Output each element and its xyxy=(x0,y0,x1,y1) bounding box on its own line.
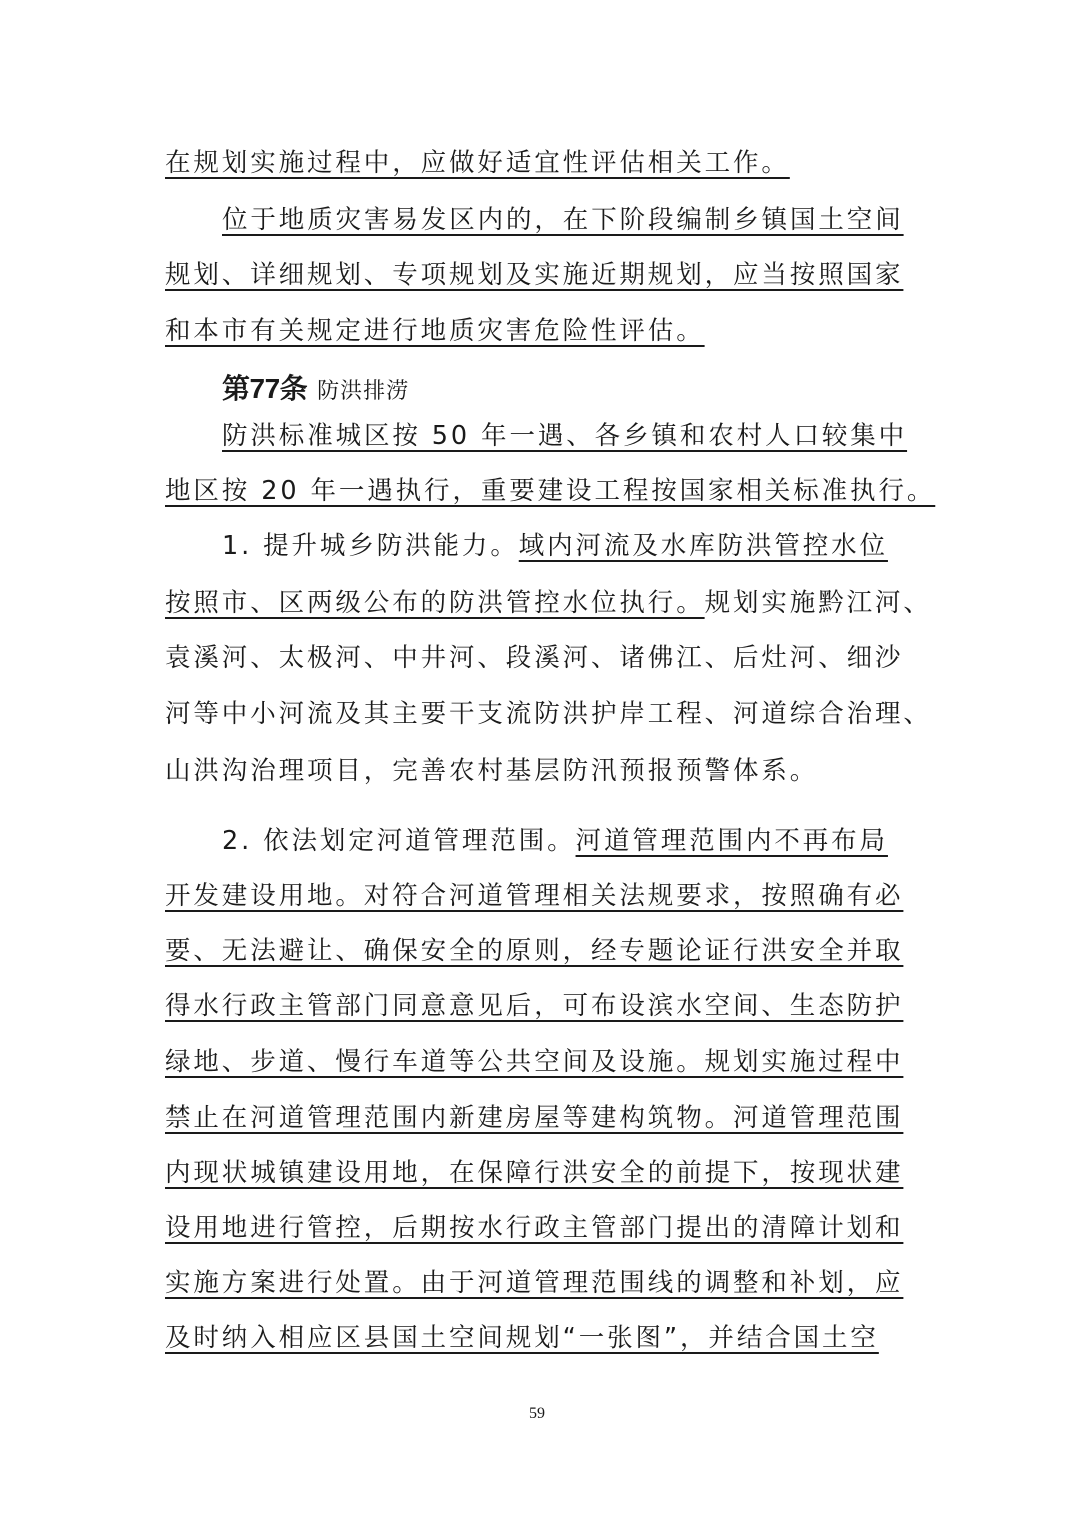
text-line: 内现状城镇建设用地，在保障行洪安全的前提下，按现状建 xyxy=(165,1158,903,1188)
text-line: 山洪沟治理项目，完善农村基层防汛预报预警体系。 xyxy=(165,756,818,786)
underlined-text: 要、无法避让、确保安全的原则，经专题论证行洪安全并取 xyxy=(165,936,903,966)
text-line: 河等中小河流及其主要干支流防洪护岸工程、河道综合治理、 xyxy=(165,699,932,729)
plain-text: 袁溪河、太极河、中井河、段溪河、诸佛江、后灶河、细沙 xyxy=(165,643,903,673)
underlined-text: 域内河流及水库防洪管控水位 xyxy=(519,531,888,561)
plain-text: 河等中小河流及其主要干支流防洪护岸工程、河道综合治理、 xyxy=(165,699,932,729)
underlined-text: 禁止在河道管理范围内新建房屋等建构筑物。河道管理范围 xyxy=(165,1103,903,1133)
text-line: 禁止在河道管理范围内新建房屋等建构筑物。河道管理范围 xyxy=(165,1103,903,1133)
underlined-text: 地区按 20 年一遇执行，重要建设工程按国家相关标准执行。 xyxy=(165,476,935,506)
text-line: 要、无法避让、确保安全的原则，经专题论证行洪安全并取 xyxy=(165,936,903,966)
text-line: 实施方案进行处置。由于河道管理范围线的调整和补划，应 xyxy=(165,1268,903,1298)
page-number: 59 xyxy=(0,1405,1074,1423)
underlined-text: 位于地质灾害易发区内的，在下阶段编制乡镇国土空间 xyxy=(222,205,904,235)
text-line: 按照市、区两级公布的防洪管控水位执行。规划实施黔江河、 xyxy=(165,588,932,618)
text-line: 规划、详细规划、专项规划及实施近期规划，应当按照国家 xyxy=(165,260,903,290)
text-line: 1. 提升城乡防洪能力。域内河流及水库防洪管控水位 xyxy=(222,531,888,561)
text-line: 得水行政主管部门同意意见后，可布设滨水空间、生态防护 xyxy=(165,991,903,1021)
underlined-text: 及时纳入相应区县国土空间规划“一张图”，并结合国土空 xyxy=(165,1323,879,1353)
underlined-text: 按照市、区两级公布的防洪管控水位执行。 xyxy=(165,588,705,618)
text-line: 绿地、步道、慢行车道等公共空间及设施。规划实施过程中 xyxy=(165,1047,903,1077)
text-line: 开发建设用地。对符合河道管理相关法规要求，按照确有必 xyxy=(165,881,903,911)
underlined-text: 绿地、步道、慢行车道等公共空间及设施。规划实施过程中 xyxy=(165,1047,903,1077)
underlined-text: 设用地进行管控，后期按水行政主管部门提出的清障计划和 xyxy=(165,1213,903,1243)
text-line: 在规划实施过程中，应做好适宜性评估相关工作。 xyxy=(165,148,790,178)
underlined-text: 规划、详细规划、专项规划及实施近期规划，应当按照国家 xyxy=(165,260,903,290)
text-line: 位于地质灾害易发区内的，在下阶段编制乡镇国土空间 xyxy=(222,205,904,235)
text-line: 地区按 20 年一遇执行，重要建设工程按国家相关标准执行。 xyxy=(165,476,935,506)
text-line: 袁溪河、太极河、中井河、段溪河、诸佛江、后灶河、细沙 xyxy=(165,643,903,673)
text-line: 及时纳入相应区县国土空间规划“一张图”，并结合国土空 xyxy=(165,1323,879,1353)
plain-text: 规划实施黔江河、 xyxy=(705,588,932,618)
article-number: 第77条 xyxy=(222,373,307,404)
underlined-text: 河道管理范围内不再布局 xyxy=(576,826,888,856)
underlined-text: 内现状城镇建设用地，在保障行洪安全的前提下，按现状建 xyxy=(165,1158,903,1188)
plain-text: 2. 依法划定河道管理范围。 xyxy=(222,826,576,856)
text-line: 设用地进行管控，后期按水行政主管部门提出的清障计划和 xyxy=(165,1213,903,1243)
plain-text: 山洪沟治理项目，完善农村基层防汛预报预警体系。 xyxy=(165,756,818,786)
article-title: 防洪排涝 xyxy=(317,379,409,404)
text-line: 防洪标准城区按 50 年一遇、各乡镇和农村人口较集中 xyxy=(222,421,907,451)
underlined-text: 防洪标准城区按 50 年一遇、各乡镇和农村人口较集中 xyxy=(222,421,907,451)
plain-text: 1. 提升城乡防洪能力。 xyxy=(222,531,519,561)
article-heading: 第77条防洪排涝 xyxy=(222,367,409,407)
text-line: 2. 依法划定河道管理范围。河道管理范围内不再布局 xyxy=(222,826,888,856)
underlined-text: 在规划实施过程中，应做好适宜性评估相关工作。 xyxy=(165,148,790,178)
underlined-text: 和本市有关规定进行地质灾害危险性评估。 xyxy=(165,316,705,346)
underlined-text: 实施方案进行处置。由于河道管理范围线的调整和补划，应 xyxy=(165,1268,903,1298)
text-line: 和本市有关规定进行地质灾害危险性评估。 xyxy=(165,316,705,346)
underlined-text: 得水行政主管部门同意意见后，可布设滨水空间、生态防护 xyxy=(165,991,903,1021)
underlined-text: 开发建设用地。对符合河道管理相关法规要求，按照确有必 xyxy=(165,881,903,911)
